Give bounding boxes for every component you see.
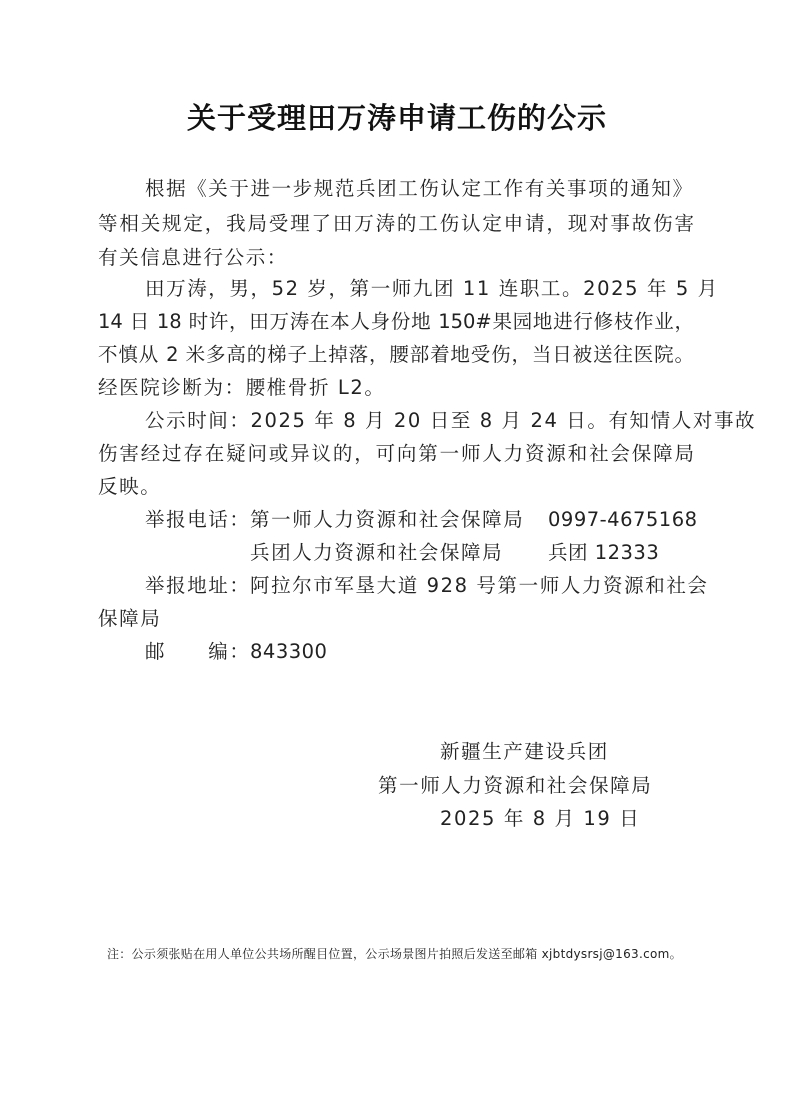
signature-org: 新疆生产建设兵团 bbox=[440, 739, 609, 765]
body-line: 经医院诊断为：腰椎骨折 L2。 bbox=[98, 375, 385, 401]
signature-org: 第一师人力资源和社会保障局 bbox=[378, 773, 652, 799]
postcode-value: 843300 bbox=[250, 639, 327, 665]
body-line: 不慎从 2 米多高的梯子上掉落，腰部着地受伤，当日被送往医院。 bbox=[98, 342, 694, 368]
phone-2-org: 兵团人力资源和社会保障局 bbox=[250, 540, 503, 566]
postcode-label: 邮 编： bbox=[145, 639, 251, 665]
phone-2-number: 兵团 12333 bbox=[548, 540, 659, 566]
body-line: 14 日 18 时许，田万涛在本人身份地 150#果园地进行修枝作业， bbox=[98, 309, 694, 335]
body-line: 反映。 bbox=[98, 474, 161, 500]
body-line: 田万涛，男，52 岁，第一师九团 11 连职工。2025 年 5 月 bbox=[145, 276, 719, 302]
body-line: 有关信息进行公示： bbox=[98, 245, 288, 271]
body-line: 等相关规定，我局受理了田万涛的工伤认定申请，现对事故伤害 bbox=[98, 211, 694, 237]
document-title: 关于受理田万涛申请工伤的公示 bbox=[0, 96, 794, 137]
signature-date: 2025 年 8 月 19 日 bbox=[440, 806, 640, 832]
address-line: 保障局 bbox=[98, 606, 161, 632]
body-line: 伤害经过存在疑问或异议的，可向第一师人力资源和社会保障局 bbox=[98, 441, 694, 467]
footnote: 注：公示须张贴在用人单位公共场所醒目位置，公示场景图片拍照后发送至邮箱 xjbt… bbox=[107, 945, 682, 962]
address-label: 举报地址： bbox=[145, 573, 251, 599]
address-line: 阿拉尔市军垦大道 928 号第一师人力资源和社会 bbox=[250, 573, 709, 599]
phone-1-number: 0997-4675168 bbox=[548, 507, 698, 533]
phone-label: 举报电话： bbox=[145, 507, 251, 533]
body-line: 公示时间：2025 年 8 月 20 日至 8 月 24 日。有知情人对事故 bbox=[145, 408, 756, 434]
body-line: 根据《关于进一步规范兵团工伤认定工作有关事项的通知》 bbox=[145, 176, 694, 202]
document-page: 关于受理田万涛申请工伤的公示 根据《关于进一步规范兵团工伤认定工作有关事项的通知… bbox=[0, 0, 794, 1108]
phone-1-org: 第一师人力资源和社会保障局 bbox=[250, 507, 524, 533]
